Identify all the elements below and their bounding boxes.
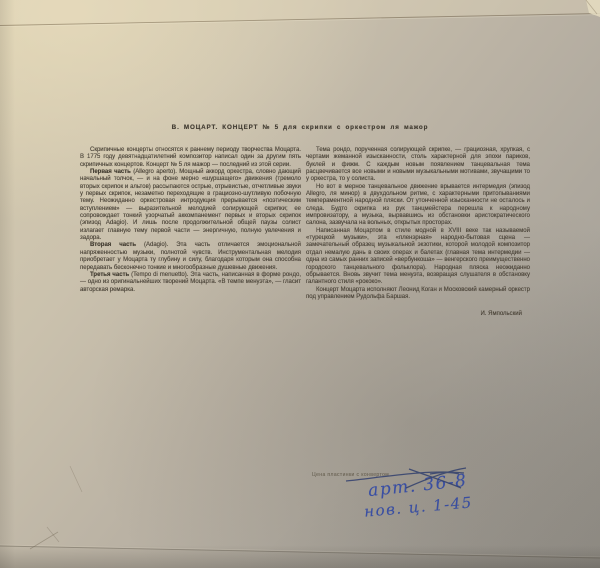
author-signature-row: И. Ямпольский — [306, 307, 530, 318]
liner-notes-right-column: Тема рондо, порученная солирующей скрипк… — [306, 147, 530, 301]
liner-notes-paragraph: Третья часть (Tempo di menuetto). Эта ча… — [80, 272, 301, 294]
paragraph-lead: Третья часть — [90, 272, 131, 278]
record-sleeve-back-photo: В. МОЦАРТ. КОНЦЕРТ № 5 для скрипки с орк… — [0, 0, 600, 568]
printed-price-line: Цена пластинки с конвертом — [312, 472, 389, 478]
liner-notes-paragraph: Тема рондо, порученная солирующей скрипк… — [306, 147, 530, 184]
paragraph-lead: Первая часть — [90, 169, 133, 175]
liner-notes-paragraph: Первая часть (Allegro aperto). Мощный ак… — [80, 169, 301, 242]
liner-notes-paragraph: Но вот в мерное танцевальное движение вр… — [306, 184, 530, 228]
author-signature: И. Ямпольский — [306, 311, 530, 318]
liner-notes-paragraph: Скрипичные концерты относятся к раннему … — [80, 147, 301, 169]
liner-notes-paragraph: Написанная Моцартом в стиле модной в XVI… — [306, 228, 530, 287]
liner-notes-paragraph: Вторая часть (Adagio). Эта часть отличае… — [80, 242, 301, 271]
liner-notes-paragraph: Концерт Моцарта исполняют Леонид Коган и… — [306, 287, 530, 302]
album-title: В. МОЦАРТ. КОНЦЕРТ № 5 для скрипки с орк… — [0, 124, 600, 131]
paragraph-lead: Вторая часть — [90, 242, 144, 248]
liner-notes-left-column: Скрипичные концерты относятся к раннему … — [80, 147, 301, 294]
